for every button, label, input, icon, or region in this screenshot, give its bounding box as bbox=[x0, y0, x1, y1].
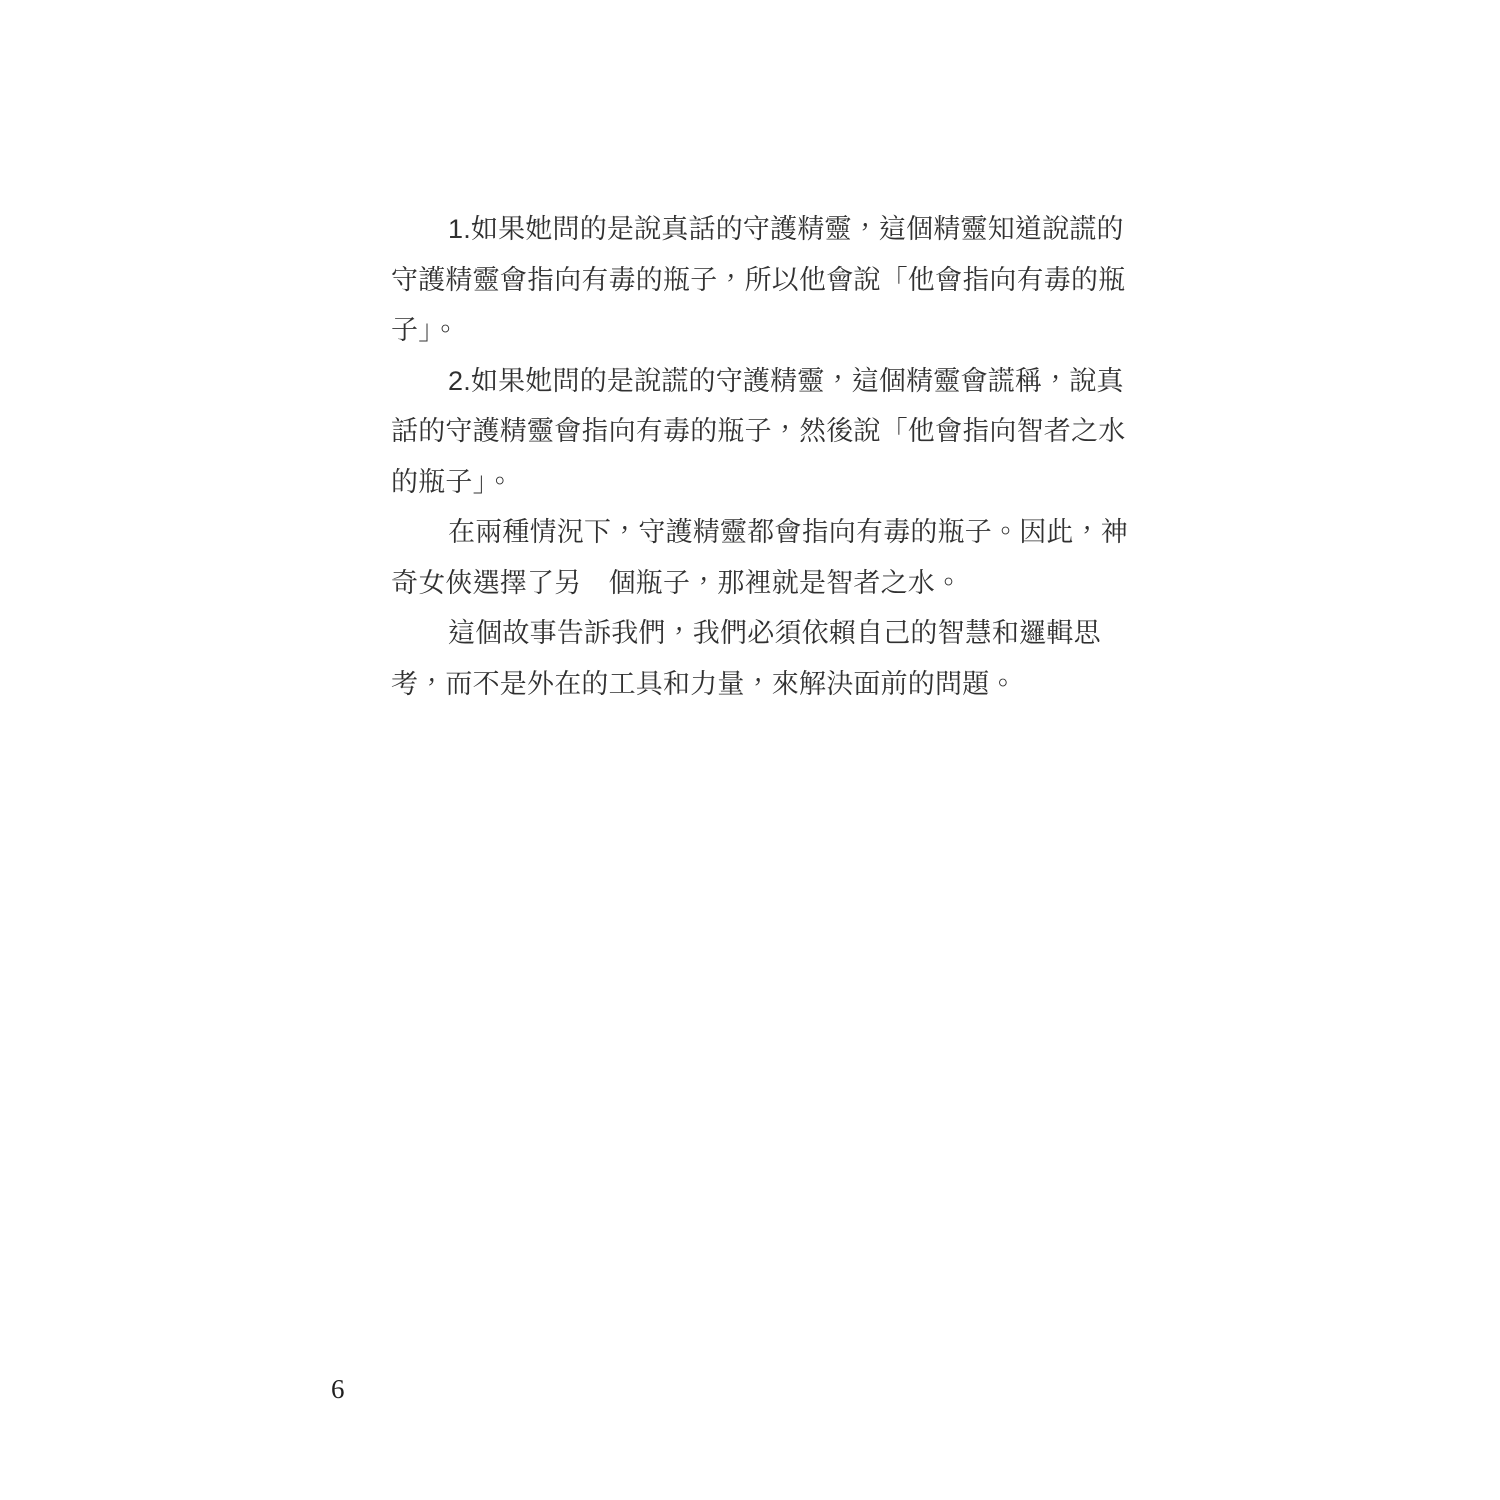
text-line: 2.如果她問的是說謊的守護精靈，這個精靈會謊稱，說真 bbox=[391, 356, 1136, 407]
page-number: 6 bbox=[331, 1372, 345, 1406]
text-line: 在兩種情況下，守護精靈都會指向有毒的瓶子。因此，神 bbox=[391, 507, 1136, 558]
text-line: 的瓶子」。 bbox=[391, 457, 1136, 508]
paragraph-2: 2.如果她問的是說謊的守護精靈，這個精靈會謊稱，說真 話的守護精靈會指向有毒的瓶… bbox=[391, 356, 1136, 508]
document-page: 1.如果她問的是說真話的守護精靈，這個精靈知道說謊的 守護精靈會指向有毒的瓶子，… bbox=[0, 0, 1500, 1500]
text-line: 子」。 bbox=[391, 305, 1136, 356]
body-text: 1.如果她問的是說真話的守護精靈，這個精靈知道說謊的 守護精靈會指向有毒的瓶子，… bbox=[391, 204, 1136, 709]
paragraph-4: 這個故事告訴我們，我們必須依賴自己的智慧和邏輯思 考，而不是外在的工具和力量，來… bbox=[391, 608, 1136, 709]
paragraph-1: 1.如果她問的是說真話的守護精靈，這個精靈知道說謊的 守護精靈會指向有毒的瓶子，… bbox=[391, 204, 1136, 356]
text-line: 考，而不是外在的工具和力量，來解決面前的問題。 bbox=[391, 659, 1136, 710]
text-line: 話的守護精靈會指向有毒的瓶子，然後說「他會指向智者之水 bbox=[391, 406, 1136, 457]
text-line: 守護精靈會指向有毒的瓶子，所以他會說「他會指向有毒的瓶 bbox=[391, 255, 1136, 306]
text-line: 1.如果她問的是說真話的守護精靈，這個精靈知道說謊的 bbox=[391, 204, 1136, 255]
text-line: 奇女俠選擇了另 個瓶子，那裡就是智者之水。 bbox=[391, 558, 1136, 609]
text-line: 這個故事告訴我們，我們必須依賴自己的智慧和邏輯思 bbox=[391, 608, 1136, 659]
paragraph-3: 在兩種情況下，守護精靈都會指向有毒的瓶子。因此，神 奇女俠選擇了另 個瓶子，那裡… bbox=[391, 507, 1136, 608]
